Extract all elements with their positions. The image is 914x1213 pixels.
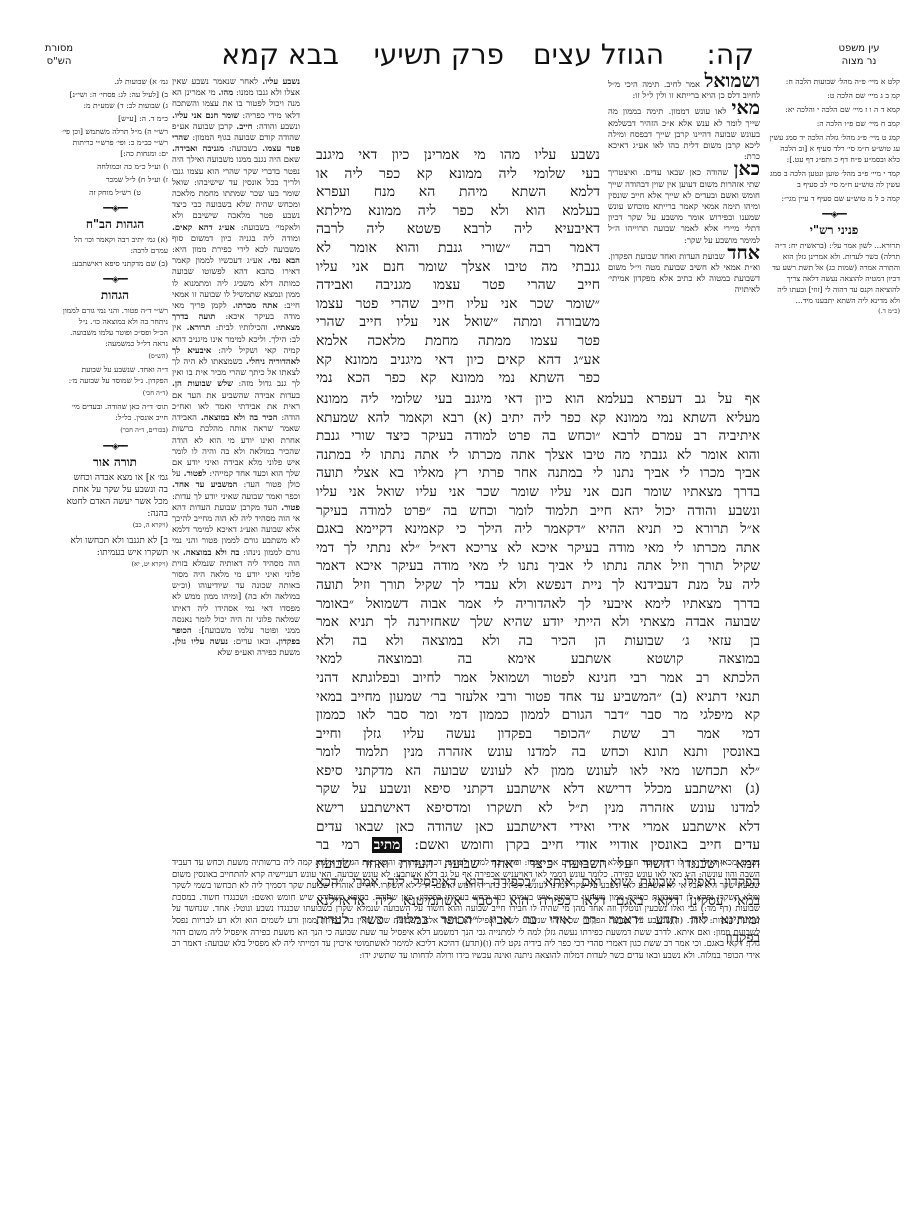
gemara-line: קא מיפלגי מר סבר ״דבר הגורם לממון כממון … bbox=[316, 706, 760, 725]
mesoret-item: רש״י ה) מ״ל תרלה משתמש [וכן פי׳ רש״י כב״… bbox=[62, 126, 168, 159]
gemara-line: בדרך מצאתיו שומר חנם אני עליו שומר שכר א… bbox=[316, 483, 760, 502]
ornament-divider: ━━◈━━ bbox=[62, 275, 168, 286]
peninei-rashi-ref: (כ״מ ד.) bbox=[768, 306, 900, 317]
gemara-line: בדרך מצאתיו לימא איבעי לך לאהדוריה לי אמ… bbox=[316, 595, 760, 614]
gemara-line: ונשבע והודה יכול יהא חייב תלמוד לומר וכח… bbox=[316, 502, 760, 521]
gemara-line: מעליא השתא נמי ממונא קא כפר ליה יתיב (א)… bbox=[316, 409, 760, 428]
gemara-line: דאיבעיא ליה לרבא פשטא ליה לרבה bbox=[316, 220, 600, 239]
ein-mishpat-item: קמ ב ג מיי׳ שם הלכה ט: bbox=[768, 90, 900, 101]
hagahot-ref: (הש״ס) bbox=[62, 351, 168, 362]
gemara-line: בעלמא הוא ולא כפר ליה ממונא מילתא bbox=[316, 202, 600, 221]
gemara-line: איתיביה רב עמרם לרבא ״וכחש בה פרט למודה … bbox=[316, 427, 760, 446]
gemara-line: דמי אמר רב ששת ״הכופר בפקדון נעשה עליו ג… bbox=[316, 725, 760, 744]
gemara-line: במוצאה קושטא אשתבע אימא בה ובמוצאה למאי bbox=[316, 650, 760, 669]
chapter-name: הגוזל עצים bbox=[533, 38, 664, 71]
ein-mishpat-item: קמג ט מיי׳ פ״ג מהל׳ גזלה הלכה יד סמג עשי… bbox=[768, 132, 900, 165]
ein-mishpat-item: קמה כ ל מ טוש״ע שם סעיף ד עיין מגי״: bbox=[768, 193, 900, 204]
daf-number: קה: bbox=[706, 38, 754, 71]
gemara-line: דאמר רבה ״שורי גנבת והוא אומר לא bbox=[316, 239, 600, 258]
gemara-line: שקיל תורך וזיל אתה נתתו לי אביך נתנו לי … bbox=[316, 557, 760, 576]
gemara-upper: נשבע עליו מהו מי אמרינן כיון דאי מיגנב ב… bbox=[316, 146, 600, 388]
ein-mishpat-item: קמב ח מיי׳ שם פ״ו הלכה ה: bbox=[768, 118, 900, 129]
gemara-line: הלכתא רב אמר רבי חנינא לפטור ושמואל אמר … bbox=[316, 669, 760, 688]
peninei-rashi-title: פניני רש"י bbox=[768, 225, 900, 236]
hagahot-item: רש״י ד״ה פטור. והני נמי גורם לממון ניתחר… bbox=[62, 305, 168, 349]
gemara-line: ״שומר שכר אני עליו חייב שהרי פטר עצמו bbox=[316, 295, 600, 314]
gemara-line: ״לא תכחשו מאי לאו לעונש ממון לא לעונש שב… bbox=[316, 762, 760, 781]
mesoret-item: ז) וע״ל ח) ל״ל שמכר bbox=[62, 174, 168, 185]
hagahot-ref: (בכורים, ד״ה חכר) bbox=[62, 425, 168, 436]
mesoret-item: ט) רש״ל מוחק זה bbox=[62, 187, 168, 198]
hagahot-title: הגהות bbox=[62, 290, 168, 301]
gemara-line: והוא אומר לא גנבתי מה טיבו אצלך אתה מכרת… bbox=[316, 446, 760, 465]
torah-or-verse: גמ׳ א] או מצא אבדה וכחש בה ונשבע על שקר … bbox=[62, 472, 168, 520]
rashi-column: נשבע עליו. לאחר שנאמר נשבע שאין אצלו ולא… bbox=[172, 76, 300, 856]
gemara-line: פטר עצמו ממתה מחמת מלאכה אלמא bbox=[316, 332, 600, 351]
tosafot-entry: כאן שהודה כאן שבאו עדים. ואיצטריך שתי אז… bbox=[608, 164, 760, 245]
tosafot-entry: מאי לאו עונש דממון. תימה בממון מה שייך ל… bbox=[608, 103, 760, 162]
gemara-line: (ג) ואישתבע מכלל דרישא דלא אישתבע דקתני … bbox=[316, 780, 760, 799]
ein-mishpat-heading: עין משפט נר מצוה bbox=[824, 42, 894, 68]
gemara-line: נשבע עליו מהו מי אמרינן כיון דאי מיגנב bbox=[316, 146, 600, 165]
gemara-line: אף על גב דעפרא בעלמא הוא כיון דאי מיגנב … bbox=[316, 390, 760, 409]
ornament-divider: ━━◈━━ bbox=[768, 210, 900, 221]
gemara-line: אתה מכרתו לי מאי מודה בעיקר איכא לא צריכ… bbox=[316, 539, 760, 558]
gemara-line: עדים חייב באונסין אודויי אודי חייב בקרן … bbox=[316, 836, 760, 855]
mesoret-item: ב) [לעיל עה: לג: פסחי׳ ה: ושי״נ] ג) שבוע… bbox=[62, 89, 168, 111]
gemara-line: דלא אישתבע אמרי אידי ואידי דאישתבע כאן ש… bbox=[316, 818, 760, 837]
tosafot-column: ושמואל אמר לחיב. תימה היכי מ״ל לחיוב דלס… bbox=[608, 76, 760, 298]
highlighted-word: מתיב bbox=[372, 837, 402, 853]
gemara-line: דלמא השתא מיהת הא מנח ועפרא bbox=[316, 183, 600, 202]
gemara-line: אע״ג דהא קאים כיון דאי מיגניב ממונא קא bbox=[316, 351, 600, 370]
hagahot-bach-title: הגהות הב"ח bbox=[62, 219, 168, 230]
gemara-line: תנאי דתניא (ב) ״המשביע עד אחד פטור ורבי … bbox=[316, 688, 760, 707]
hagahot-item: ד״ה ואחד. שנשבע על שבועת הפקדון. נ״ל שמו… bbox=[62, 364, 168, 386]
gemara-line: א״ל תרורא כי תניא ההיא ״דקאמר ליה הילך כ… bbox=[316, 520, 760, 539]
gemara-line: למדנו עונש אזהרה מנין ת״ל לא תשקרו ומדסי… bbox=[316, 799, 760, 818]
ein-mishpat-item: קמא ד ה ו ז מיי׳ שם הלכה י והלכה יא: bbox=[768, 104, 900, 115]
torah-or-ref: (ויקרא יט, יא) bbox=[62, 559, 168, 570]
hagahot-bach-item: (ב) שם מדקתני סיפא ראישתבע: bbox=[62, 258, 168, 269]
mesoret-item: ו) וע״ל כ״מ כה וכמולחה bbox=[62, 161, 168, 172]
tractate-name: בבא קמא bbox=[221, 38, 339, 71]
page-header: עין משפט נר מצוה קה: הגוזל עצים פרק תשיע… bbox=[0, 38, 914, 74]
torah-or-title: תורה אור bbox=[62, 457, 168, 468]
torah-or-verse: ב] לא תגנבו ולא תכחשו ולא תשקרו איש בעמי… bbox=[62, 535, 168, 559]
ornament-divider: ━━◈━━ bbox=[62, 204, 168, 215]
ein-mishpat-item: קלט א מיי׳ פ״ה מהל׳ שבועות הלכה ח: bbox=[768, 76, 900, 87]
gemara-line: משבורה ומתה ״שואל אני עליו חייב שהרי bbox=[316, 313, 600, 332]
hagahot-ref: (ד״ה חכי) bbox=[62, 388, 168, 399]
torah-or-ref: (ויקרא ה, כב) bbox=[62, 520, 168, 531]
gemara-line: בן עזאי ג׳ שבועות הן הכיר בה ולא במוצאה … bbox=[316, 632, 760, 651]
gemara-line: בעי שלומי ליה ממונא קא כפר ליה או bbox=[316, 165, 600, 184]
chapter-number: פרק תשיעי bbox=[374, 38, 504, 71]
hagahot-bach-item: (א) גמ׳ יתיב רבה וקאמר וכו׳ הל עמרם לרבה… bbox=[62, 234, 168, 256]
ornament-divider: ━━◈━━ bbox=[62, 442, 168, 453]
gemara-line: כפר השתא נמי ממונא קא כפר הכא נמי bbox=[316, 369, 600, 388]
gemara-line: ליה על מנת דעבידנא לך ניית דנפשא ולא עבד… bbox=[316, 576, 760, 595]
gemara-line: באונסין ותנא תונא וכחש בה למדנו עונש אזה… bbox=[316, 743, 760, 762]
mesoret-heading: מסורת הש"ס bbox=[24, 42, 94, 68]
mesoret-item: כ״מ ד. ה: [ע״ש] bbox=[62, 113, 168, 124]
hagahot-item: תוס׳ ד״ה כאן שהודה. ובעדים מי׳ חייב אונס… bbox=[62, 401, 168, 423]
mesoret-item: גמ׳ א) שבועות לג. bbox=[62, 76, 168, 87]
tosafot-entry: אחד שבועת העדות ואחד שבועת הפקדון. וא״ת … bbox=[608, 248, 760, 296]
peninei-rashi-text: תרורא... לשון אמר על׳: (בראשית יח: ד״ה ת… bbox=[768, 240, 900, 306]
mesoret-column: גמ׳ א) שבועות לג. ב) [לעיל עה: לג: פסחי׳… bbox=[62, 76, 168, 570]
gemara-line: שבועה אבדה מצאתי ולא הייתי יודע שהיא שלך… bbox=[316, 613, 760, 632]
gemara-line: אביך מכרו לי אביך נתנו לי במתנה אחר פרתי… bbox=[316, 464, 760, 483]
gemara-line: גנבתי מה טיבו אצלך שומר חנם אני עליו bbox=[316, 258, 600, 277]
ein-mishpat-item: קמד י מיי׳ פ״ב מהל׳ טוען ונטען הלכה ב סמ… bbox=[768, 168, 900, 190]
gemara-line: חייב שהרי פטר עצמו מגניבה ואבידה bbox=[316, 276, 600, 295]
rashi-bottom: נשבע ומכאן ואילך אין לו דין דשומר חנם אל… bbox=[172, 858, 760, 962]
ein-mishpat-column: קלט א מיי׳ פ״ה מהל׳ שבועות הלכה ח: קמ ב … bbox=[768, 76, 900, 317]
rashi-entries: נשבע עליו. לאחר שנאמר נשבע שאין אצלו ולא… bbox=[172, 76, 300, 659]
